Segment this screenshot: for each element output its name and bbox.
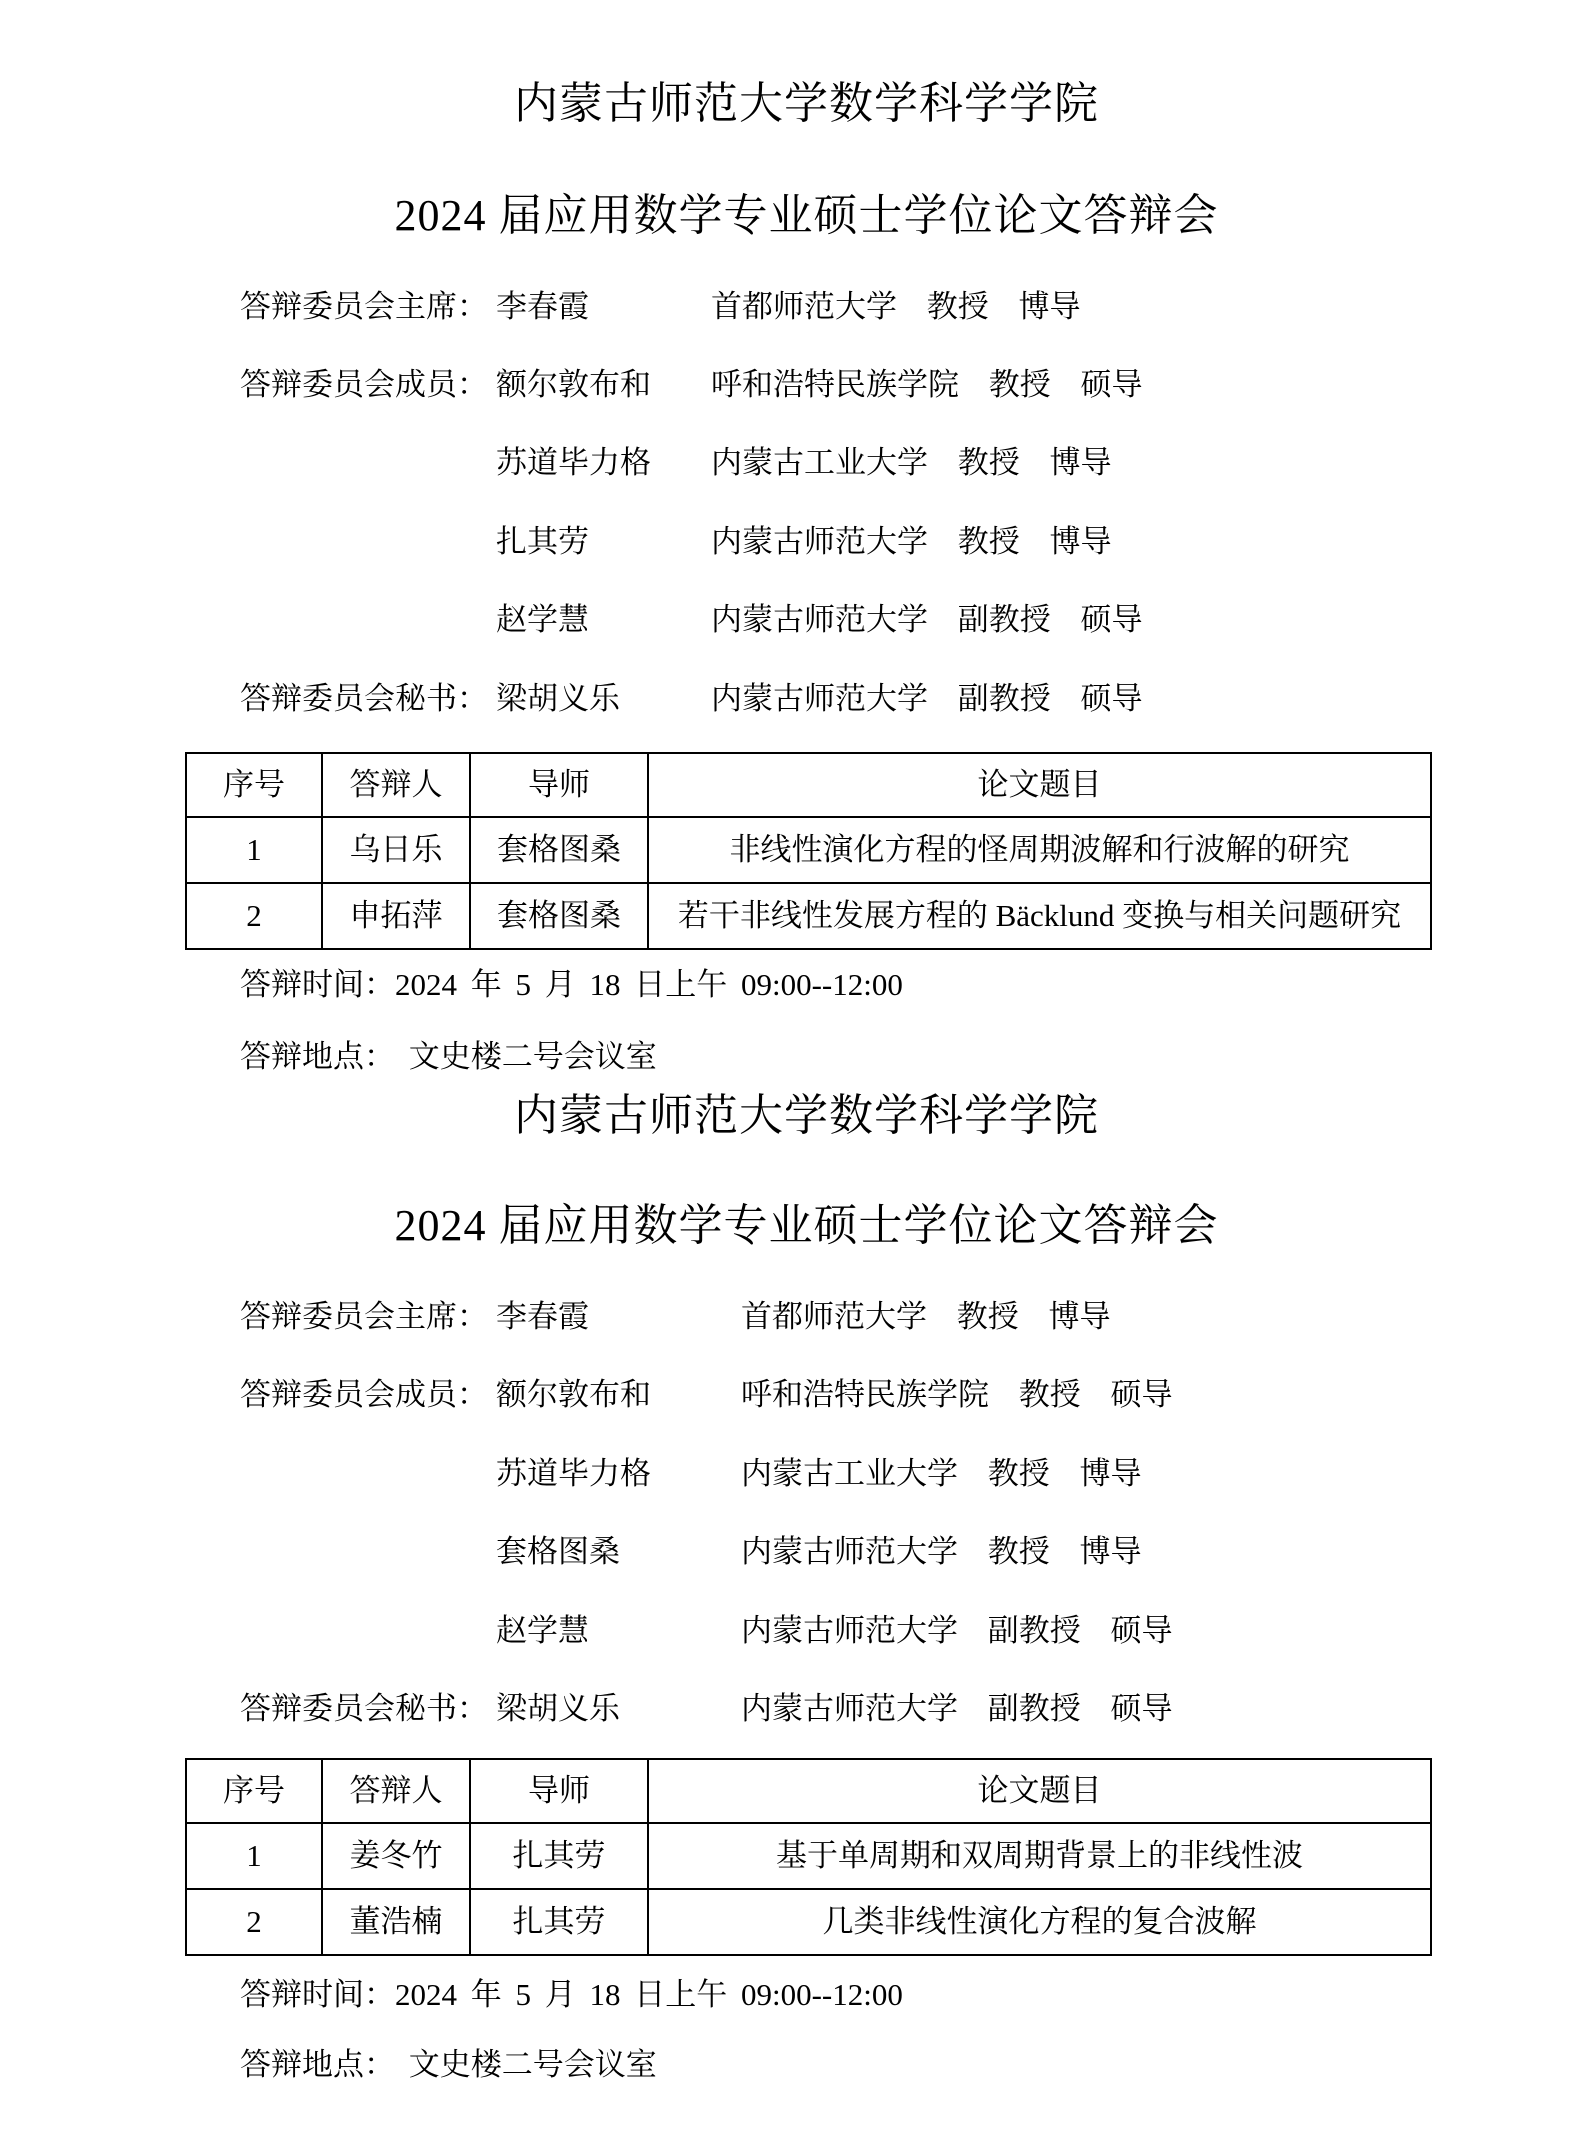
col-header-no: 序号 bbox=[186, 753, 322, 817]
committee-affiliation: 呼和浩特民族学院 教授 硕导 bbox=[711, 366, 1143, 403]
section1-title: 内蒙古师范大学数学科学学院 bbox=[183, 78, 1430, 131]
cell-thesis: 若干非线性发展方程的 Bäcklund 变换与相关问题研究 bbox=[648, 883, 1431, 949]
cell-advisor: 扎其劳 bbox=[470, 1823, 648, 1889]
section2-subtitle: 2024 届应用数学专业硕士学位论文答辩会 bbox=[183, 1200, 1430, 1253]
cell-no: 1 bbox=[186, 817, 322, 883]
cell-advisor: 扎其劳 bbox=[470, 1889, 648, 1955]
defense-table-2: 序号 答辩人 导师 论文题目 1 姜冬竹 扎其劳 基于单周期和双周期背景上的非线… bbox=[185, 1758, 1432, 1956]
committee-label: 答辩委员会主席： bbox=[240, 288, 496, 325]
cell-thesis: 基于单周期和双周期背景上的非线性波 bbox=[648, 1823, 1431, 1889]
committee-name: 套格图桑 bbox=[496, 1533, 741, 1570]
defense-table-1: 序号 答辩人 导师 论文题目 1 乌日乐 套格图桑 非线性演化方程的怪周期波解和… bbox=[185, 752, 1432, 950]
col-header-thesis: 论文题目 bbox=[648, 753, 1431, 817]
col-header-advisor: 导师 bbox=[470, 753, 648, 817]
committee-affiliation: 首都师范大学 教授 博导 bbox=[741, 1298, 1111, 1335]
col-header-no: 序号 bbox=[186, 1759, 322, 1823]
cell-no: 2 bbox=[186, 883, 322, 949]
section1-subtitle: 2024 届应用数学专业硕士学位论文答辩会 bbox=[183, 190, 1430, 243]
committee-label: 答辩委员会秘书： bbox=[240, 1690, 496, 1727]
defense-time: 答辩时间：2024 年 5 月 18 日上午 09:00--12:00 bbox=[240, 966, 903, 1003]
committee-affiliation: 内蒙古师范大学 副教授 硕导 bbox=[711, 680, 1143, 717]
committee-name: 额尔敦布和 bbox=[496, 1376, 741, 1413]
cell-no: 2 bbox=[186, 1889, 322, 1955]
committee-label: 答辩委员会主席： bbox=[240, 1298, 496, 1335]
defense-place: 答辩地点： 文史楼二号会议室 bbox=[240, 2046, 657, 2083]
committee-affiliation: 内蒙古工业大学 教授 博导 bbox=[711, 444, 1112, 481]
table-header-row: 序号 答辩人 导师 论文题目 bbox=[186, 753, 1431, 817]
committee-row-member: 苏道毕力格内蒙古工业大学 教授 博导 bbox=[240, 444, 1112, 481]
committee-row-member: 答辩委员会成员：额尔敦布和呼和浩特民族学院 教授 硕导 bbox=[240, 366, 1143, 403]
table-row: 2 董浩楠 扎其劳 几类非线性演化方程的复合波解 bbox=[186, 1889, 1431, 1955]
committee-label: 答辩委员会成员： bbox=[240, 366, 496, 403]
committee-name: 苏道毕力格 bbox=[496, 1455, 741, 1492]
committee-affiliation: 内蒙古师范大学 副教授 硕导 bbox=[741, 1612, 1173, 1649]
cell-defender: 董浩楠 bbox=[322, 1889, 470, 1955]
table-row: 2 申拓萍 套格图桑 若干非线性发展方程的 Bäcklund 变换与相关问题研究 bbox=[186, 883, 1431, 949]
committee-row-member: 苏道毕力格内蒙古工业大学 教授 博导 bbox=[240, 1455, 1142, 1492]
committee-row-member: 赵学慧内蒙古师范大学 副教授 硕导 bbox=[240, 601, 1143, 638]
committee-name: 苏道毕力格 bbox=[496, 444, 711, 481]
table-header-row: 序号 答辩人 导师 论文题目 bbox=[186, 1759, 1431, 1823]
cell-defender: 姜冬竹 bbox=[322, 1823, 470, 1889]
defense-place: 答辩地点： 文史楼二号会议室 bbox=[240, 1038, 657, 1075]
cell-advisor: 套格图桑 bbox=[470, 817, 648, 883]
committee-name: 李春霞 bbox=[496, 288, 711, 325]
section2-title: 内蒙古师范大学数学科学学院 bbox=[183, 1090, 1430, 1143]
cell-thesis: 非线性演化方程的怪周期波解和行波解的研究 bbox=[648, 817, 1431, 883]
committee-affiliation: 首都师范大学 教授 博导 bbox=[711, 288, 1081, 325]
cell-defender: 乌日乐 bbox=[322, 817, 470, 883]
committee-label: 答辩委员会秘书： bbox=[240, 680, 496, 717]
committee-row-secretary: 答辩委员会秘书：梁胡义乐内蒙古师范大学 副教授 硕导 bbox=[240, 680, 1143, 717]
committee-row-chair: 答辩委员会主席：李春霞首都师范大学 教授 博导 bbox=[240, 1298, 1111, 1335]
document-page: 内蒙古师范大学数学科学学院 2024 届应用数学专业硕士学位论文答辩会 答辩委员… bbox=[0, 0, 1587, 2156]
cell-thesis: 几类非线性演化方程的复合波解 bbox=[648, 1889, 1431, 1955]
cell-no: 1 bbox=[186, 1823, 322, 1889]
col-header-advisor: 导师 bbox=[470, 1759, 648, 1823]
defense-time: 答辩时间：2024 年 5 月 18 日上午 09:00--12:00 bbox=[240, 1976, 903, 2013]
committee-affiliation: 内蒙古师范大学 副教授 硕导 bbox=[741, 1690, 1173, 1727]
col-header-defender: 答辩人 bbox=[322, 753, 470, 817]
col-header-defender: 答辩人 bbox=[322, 1759, 470, 1823]
col-header-thesis: 论文题目 bbox=[648, 1759, 1431, 1823]
committee-affiliation: 内蒙古师范大学 教授 博导 bbox=[711, 523, 1112, 560]
committee-affiliation: 呼和浩特民族学院 教授 硕导 bbox=[741, 1376, 1173, 1413]
committee-row-member: 答辩委员会成员：额尔敦布和呼和浩特民族学院 教授 硕导 bbox=[240, 1376, 1173, 1413]
committee-row-member: 套格图桑内蒙古师范大学 教授 博导 bbox=[240, 1533, 1142, 1570]
committee-affiliation: 内蒙古师范大学 副教授 硕导 bbox=[711, 601, 1143, 638]
committee-affiliation: 内蒙古师范大学 教授 博导 bbox=[741, 1533, 1142, 1570]
committee-name: 赵学慧 bbox=[496, 1612, 741, 1649]
committee-row-member: 赵学慧内蒙古师范大学 副教授 硕导 bbox=[240, 1612, 1173, 1649]
committee-name: 赵学慧 bbox=[496, 601, 711, 638]
committee-row-member: 扎其劳内蒙古师范大学 教授 博导 bbox=[240, 523, 1112, 560]
committee-name: 额尔敦布和 bbox=[496, 366, 711, 403]
committee-label: 答辩委员会成员： bbox=[240, 1376, 496, 1413]
committee-name: 李春霞 bbox=[496, 1298, 741, 1335]
committee-row-secretary: 答辩委员会秘书：梁胡义乐内蒙古师范大学 副教授 硕导 bbox=[240, 1690, 1173, 1727]
committee-row-chair: 答辩委员会主席：李春霞首都师范大学 教授 博导 bbox=[240, 288, 1081, 325]
committee-affiliation: 内蒙古工业大学 教授 博导 bbox=[741, 1455, 1142, 1492]
committee-name: 扎其劳 bbox=[496, 523, 711, 560]
committee-name: 梁胡义乐 bbox=[496, 1690, 741, 1727]
committee-name: 梁胡义乐 bbox=[496, 680, 711, 717]
cell-defender: 申拓萍 bbox=[322, 883, 470, 949]
table-row: 1 姜冬竹 扎其劳 基于单周期和双周期背景上的非线性波 bbox=[186, 1823, 1431, 1889]
cell-advisor: 套格图桑 bbox=[470, 883, 648, 949]
table-row: 1 乌日乐 套格图桑 非线性演化方程的怪周期波解和行波解的研究 bbox=[186, 817, 1431, 883]
